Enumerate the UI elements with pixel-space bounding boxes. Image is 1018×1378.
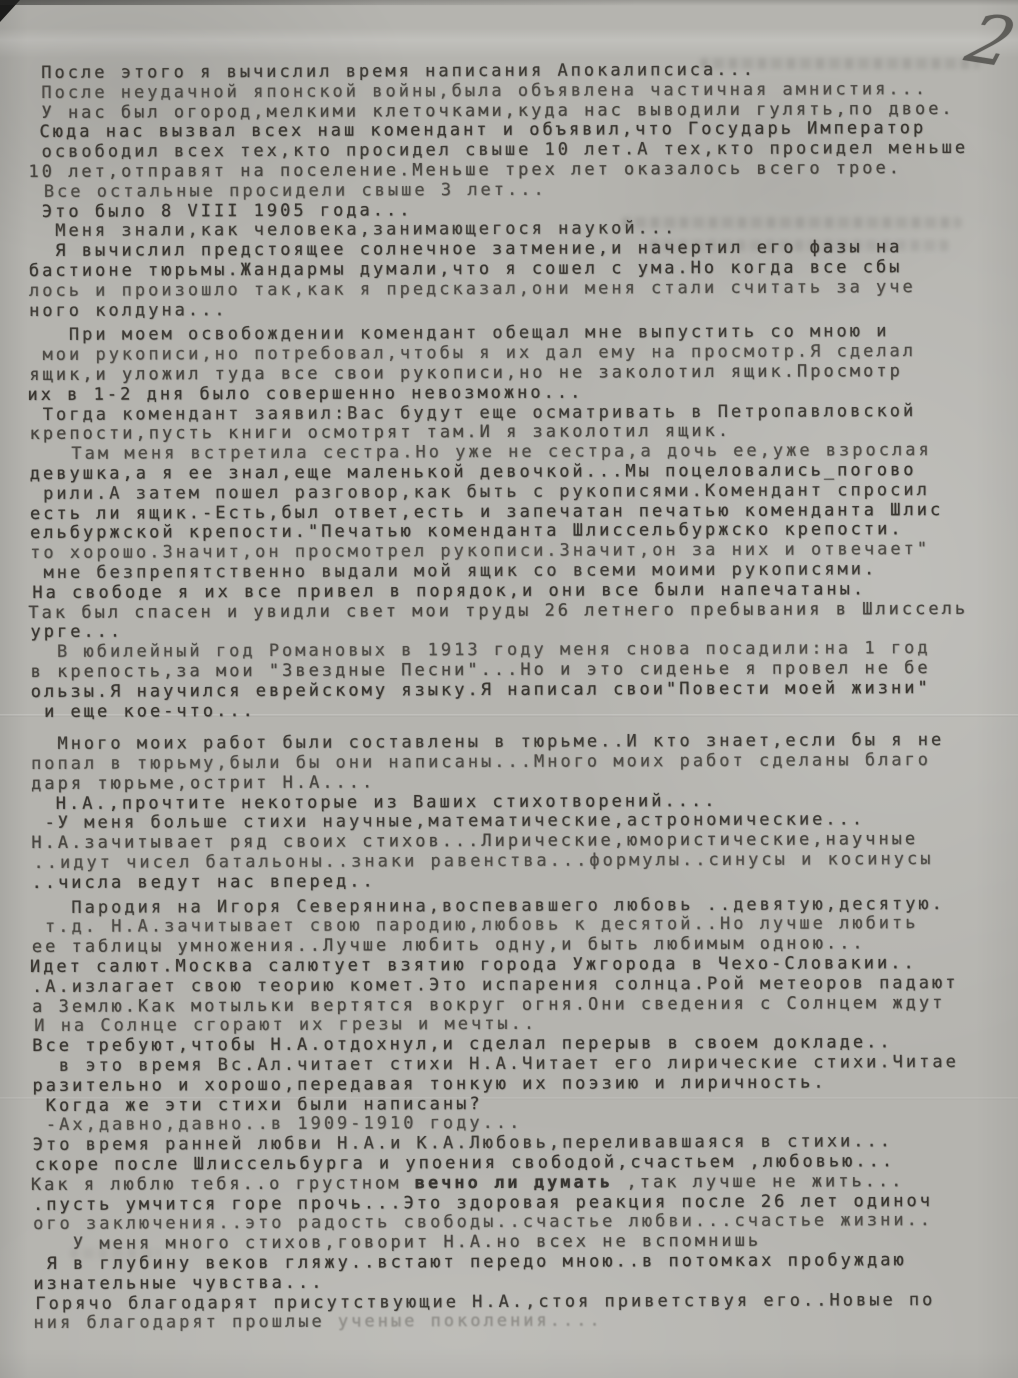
text-segment: ,так лучше не жить...	[613, 1171, 904, 1192]
paragraph-block: Много моих работ были составлены в тюрьм…	[31, 731, 1012, 894]
text-segment-faint: ученые поколения....	[338, 1311, 603, 1332]
paragraph-block: После этого я вычислил время написания А…	[28, 60, 1009, 322]
typewritten-text: После этого я вычислил время написания А…	[28, 60, 1014, 1334]
scan-top-edge-shadow	[0, 0, 640, 5]
scanned-document-page: 2 После этого я вычислил время написания…	[0, 0, 1018, 1378]
text-line: ния благодарят прошлые ученые поколения.…	[33, 1310, 1013, 1334]
paragraph-block: При моем освобождении комендант обещал м…	[29, 322, 1011, 722]
text-line: и еще кое-что...	[31, 698, 1011, 722]
text-segment: Как я люблю тебя..о грустном	[31, 1173, 415, 1195]
text-line: ного колдуна...	[29, 297, 1009, 321]
text-segment-bold: вечно ли думать	[415, 1172, 614, 1193]
paragraph-block: Пародия на Игоря Северянина,воспевавшего…	[32, 894, 1014, 1334]
text-segment: ния благодарят прошлые	[33, 1312, 337, 1333]
